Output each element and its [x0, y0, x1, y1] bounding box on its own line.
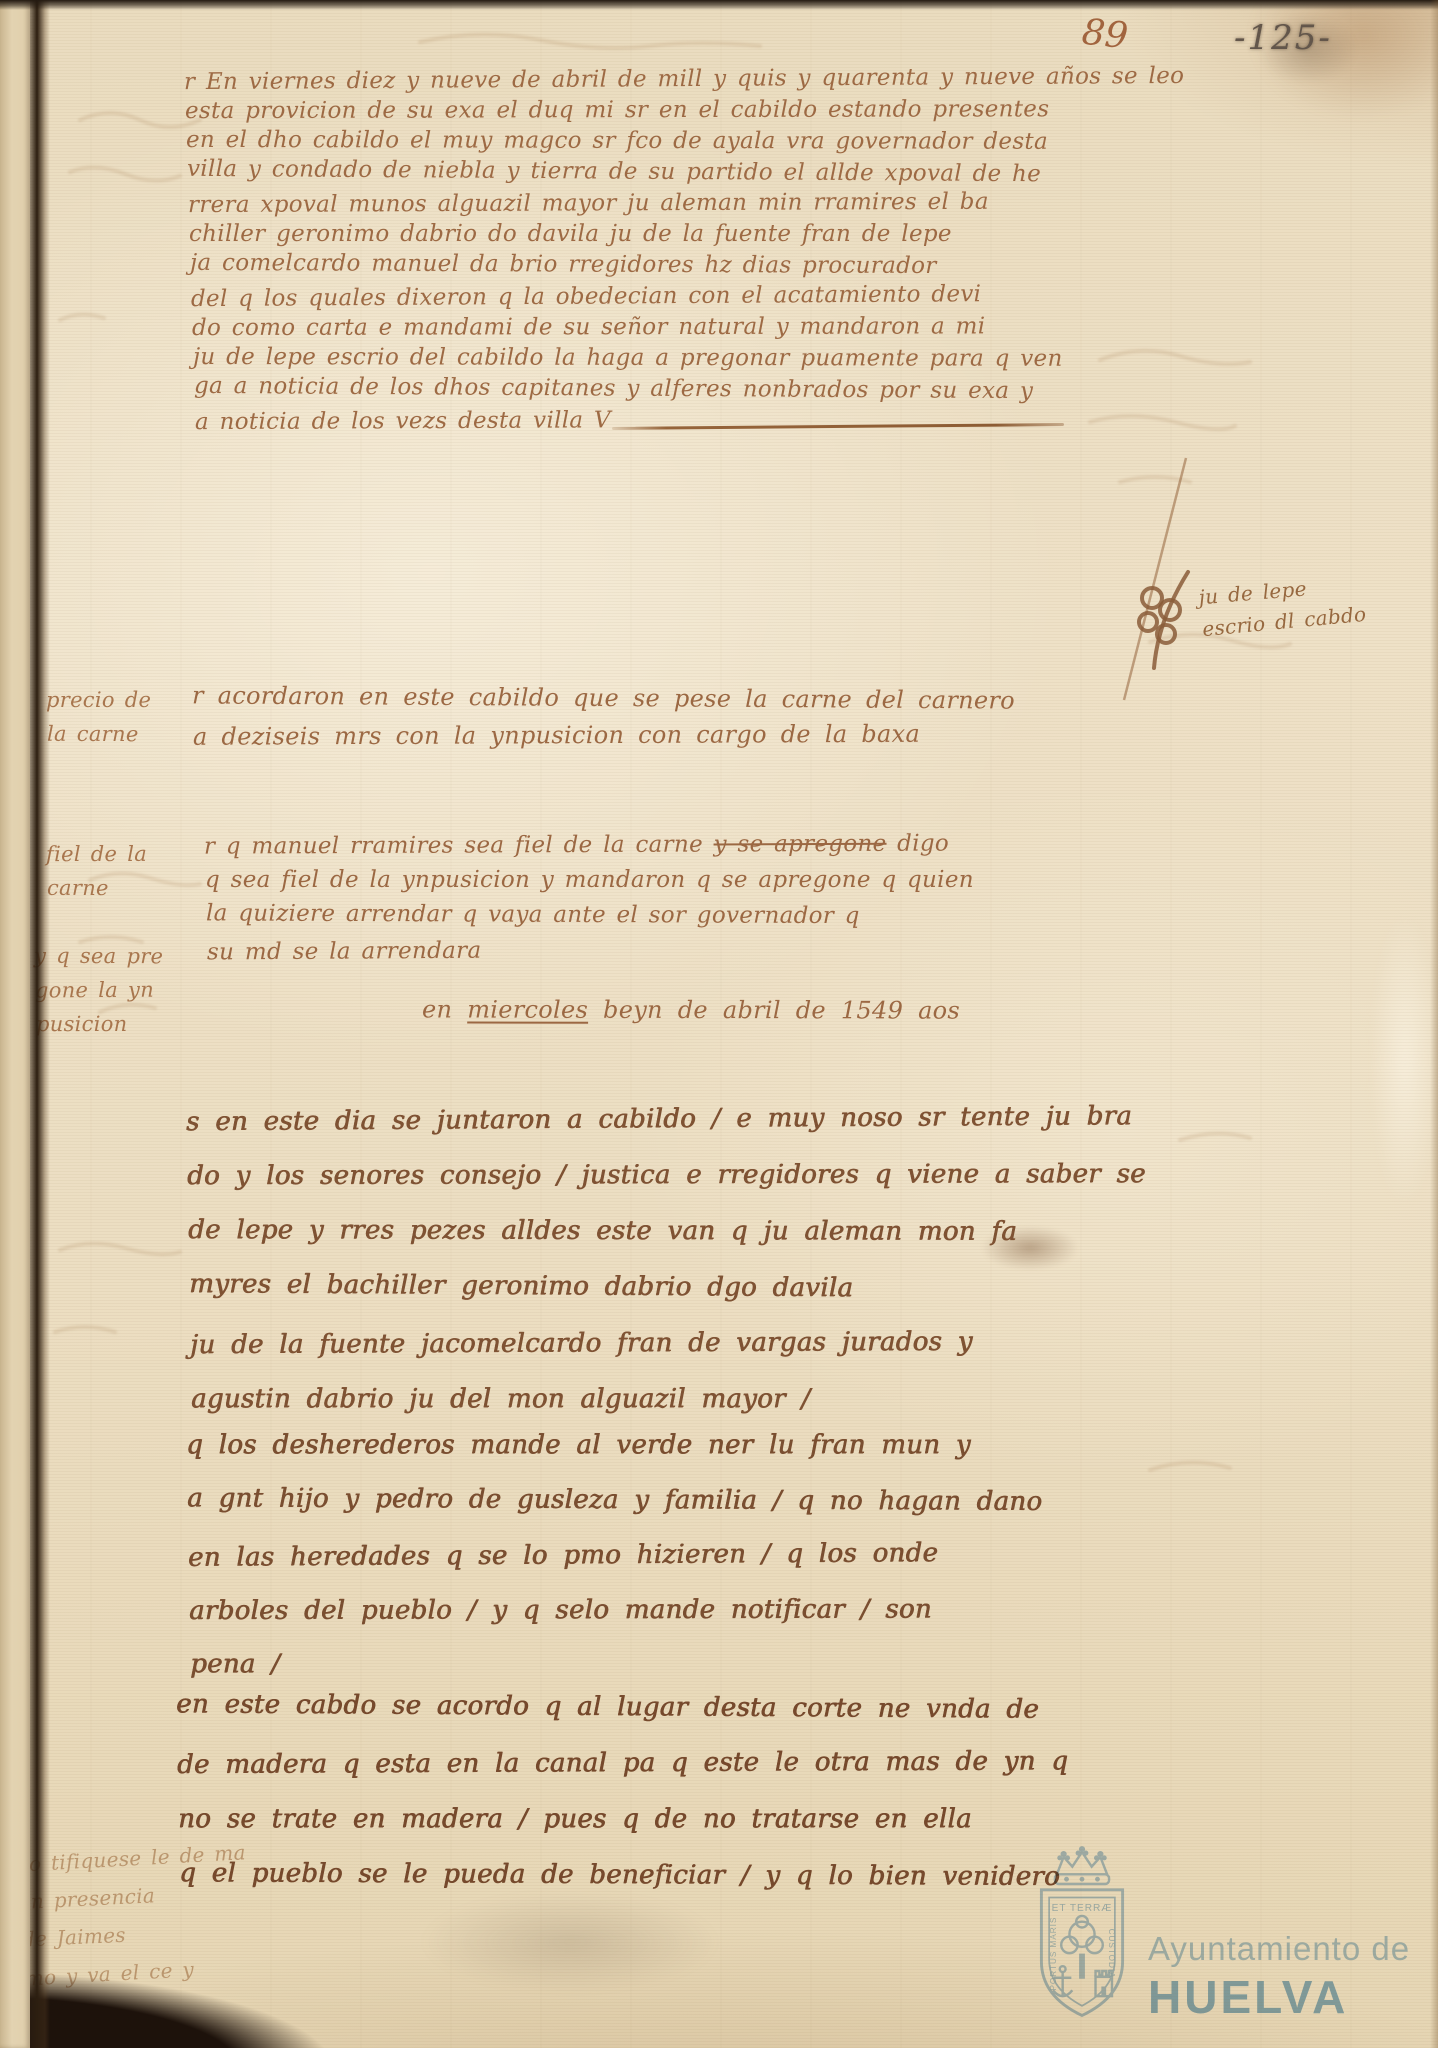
manuscript-text-segment: rrera xpoval munos alguazil mayor ju ale… — [188, 189, 989, 218]
manuscript-text-segment: agustin dabrio ju del mon alguazil mayor… — [191, 1384, 810, 1414]
manuscript-line: en miercoles beyn de abril de 1549 aos — [422, 995, 960, 1032]
acuerdo-heredades: q los desherederos mande al verde ner lu… — [192, 1430, 1047, 1705]
manuscript-line: la carne — [47, 722, 152, 756]
fecha-miercoles-20-abril-1549: en miercoles beyn de abril de 1549 aos — [428, 996, 966, 1032]
scan-background-corner — [0, 1928, 500, 2048]
manuscript-line: de madera q esta en la canal pa q este l… — [177, 1746, 1068, 1806]
torn-edge-highlight — [1372, 920, 1438, 1200]
manuscript-text-segment: chiller geronimo dabrio do davila ju de … — [189, 221, 952, 247]
folio-number-pencil: -125- — [1234, 18, 1332, 58]
manuscript-text-segment: villa y condado de niebla y tierra de su… — [187, 156, 1041, 187]
manuscript-text-segment: en las heredades q se lo pmo hizieren / … — [188, 1538, 938, 1573]
archive-scan: 89 -125- r En viernes diez y nueve de ab… — [0, 0, 1438, 2048]
manuscript-line: q los desherederos mande al verde ner lu… — [186, 1430, 1041, 1485]
manuscript-text-segment: de lepe y rres pezes alldes este van q j… — [188, 1215, 1017, 1247]
manuscript-line: r acordaron en este cabildo que se pese … — [192, 681, 1015, 723]
manuscript-text-segment: beyn de abril de 1549 aos — [588, 996, 960, 1025]
watermark-city: HUELVA — [1148, 1970, 1410, 2024]
acuerdo-fiel-carne: r q manuel rramires sea fiel de la carne… — [210, 832, 979, 972]
manuscript-line: su md se la arrendara — [207, 935, 976, 975]
manuscript-line: ju de lepe escrio del cabildo la haga a … — [193, 344, 1193, 377]
manuscript-text-segment: q el pueblo se le pueda de beneficiar / … — [179, 1858, 1060, 1892]
manuscript-text-segment: do como carta e mandami de su señor natu… — [192, 313, 986, 341]
binding-gutter-shadow — [30, 0, 50, 2048]
manuscript-text-segment: en este cabdo se acordo q al lugar desta… — [176, 1689, 1039, 1724]
manuscript-text-segment: de madera q esta en la canal pa q este l… — [177, 1746, 1068, 1780]
manuscript-line: myres el bachiller geronimo dabrio dgo d… — [189, 1269, 1148, 1331]
manuscript-text-segment: a gnt hijo y pedro de gusleza y familia … — [187, 1483, 1042, 1517]
manuscript-folio: 89 -125- r En viernes diez y nueve de ab… — [0, 0, 1438, 2048]
scan-edge-right — [1430, 0, 1438, 2048]
huelva-coat-of-arms-icon: ET TERRÆ PORTUS MARIS CUSTODIA — [1024, 1844, 1140, 2040]
folio-number-ink: 89 — [1080, 12, 1130, 58]
manuscript-text-segment: r En viernes diez y nueve de abril de mi… — [184, 63, 1184, 95]
manuscript-text-segment: y q sea pre — [34, 944, 163, 969]
manuscript-line: chiller geronimo dabrio do davila ju de … — [189, 221, 1189, 252]
manuscript-text-segment: fiel de la — [46, 842, 147, 866]
manuscript-text-segment: r acordaron en este cabildo que se pese … — [192, 681, 1015, 714]
manuscript-text-segment: ju de lepe — [1198, 576, 1308, 609]
manuscript-text-segment: del q los quales dixeron q la obedecian … — [191, 281, 981, 312]
manuscript-text-segment: ju de lepe escrio del cabildo la haga a … — [193, 344, 1063, 372]
manuscript-line: rrera xpoval munos alguazil mayor ju ale… — [188, 188, 1188, 223]
manuscript-text-segment: q los desherederos mande al verde ner lu… — [186, 1430, 971, 1460]
manuscript-line: no se trate en madera / pues q de no tra… — [178, 1804, 1069, 1860]
manuscript-text-segment: la quiziere arrendar q vaya ante el sor … — [206, 900, 860, 929]
manuscript-line: carne — [47, 876, 148, 910]
manuscript-line: la quiziere arrendar q vaya ante el sor … — [206, 900, 975, 938]
manuscript-line: r En viernes diez y nueve de abril de mi… — [184, 63, 1184, 100]
manuscript-line: a deziseis mrs con la ynpusicion con car… — [193, 719, 1016, 759]
shield-motto-right: CUSTODIA — [1107, 1929, 1116, 1979]
acta-miercoles-asistentes: s en este dia se juntaron a cabildo / e … — [192, 1104, 1151, 1440]
acuerdo-precio-carne: r acordaron en este cabildo que se pese … — [198, 684, 1021, 758]
manuscript-line: do como carta e mandami de su señor natu… — [192, 313, 1192, 346]
struck-text: y se apregone — [714, 831, 887, 858]
manuscript-line: en este cabdo se acordo q al lugar desta… — [176, 1689, 1067, 1751]
manuscript-text-segment: gone la yn — [35, 978, 154, 1003]
pen-stroke — [1090, 450, 1230, 710]
manuscript-text-segment: miercoles — [467, 996, 588, 1024]
manuscript-line: y q sea pre — [34, 944, 163, 979]
manuscript-text-segment: a deziseis mrs con la ynpusicion con car… — [193, 720, 920, 751]
manuscript-text-segment: su md se la arrendara — [207, 938, 482, 966]
manuscript-line: villa y condado de niebla y tierra de su… — [187, 156, 1187, 193]
manuscript-line: ju de la fuente jacomelcardo fran de var… — [190, 1326, 1149, 1386]
manuscript-text-segment: ja comelcardo manuel da brio rregidores … — [190, 250, 937, 279]
manuscript-line: del q los quales dixeron q la obedecian … — [191, 280, 1191, 317]
manuscript-text-segment: q sea fiel de la ynpusicion y mandaron q… — [205, 867, 974, 893]
manuscript-text-segment: arboles del pueblo / y q selo mande noti… — [189, 1594, 932, 1626]
manuscript-text-segment: en — [422, 995, 467, 1023]
scan-edge-top — [0, 0, 1438, 10]
manuscript-text-segment: digo — [886, 831, 949, 857]
acuerdo-madera-canal: en este cabdo se acordo q al lugar desta… — [182, 1692, 1073, 1916]
shield-motto-left: PORTUS MARIS — [1049, 1917, 1058, 1991]
manuscript-line: q sea fiel de la ynpusicion y mandaron q… — [205, 867, 974, 902]
manuscript-line: s en este dia se juntaron a cabildo / e … — [186, 1101, 1145, 1163]
manuscript-line: a gnt hijo y pedro de gusleza y familia … — [187, 1483, 1042, 1542]
manuscript-text-segment: s en este dia se juntaron a cabildo / e … — [186, 1101, 1132, 1137]
manuscript-line: q el pueblo se le pueda de beneficiar / … — [179, 1858, 1070, 1918]
manuscript-text-segment: ju de la fuente jacomelcardo fran de var… — [190, 1327, 973, 1360]
manuscript-text-segment: myres el bachiller geronimo dabrio dgo d… — [189, 1269, 853, 1303]
scribe-signature-juan-de-lepe: ju de lepeescrio dl cabdo — [1204, 571, 1373, 647]
manuscript-text-segment: esta provicion de su exa el duq mi sr en… — [185, 96, 1049, 124]
manuscript-line: fiel de la — [46, 842, 147, 876]
watermark-institution: Ayuntamiento de — [1148, 1930, 1410, 1968]
manuscript-line: arboles del pueblo / y q selo mande noti… — [189, 1594, 1044, 1651]
margin-note-pregon-ynpusicion: y q sea pregone la ynpusicion — [40, 944, 169, 1046]
manuscript-text-segment: en el dho cabildo el muy magco sr fco de… — [186, 127, 1048, 155]
manuscript-line: en las heredades q se lo pmo hizieren / … — [188, 1537, 1043, 1597]
acta-viernes-19-abril-1549: r En viernes diez y nueve de abril de mi… — [190, 66, 1190, 438]
manuscript-text-segment: pena / — [190, 1649, 280, 1679]
manuscript-text-segment: do y los senores consejo / justica e rre… — [187, 1159, 1146, 1191]
manuscript-text-segment: carne — [47, 876, 109, 900]
manuscript-text-segment: la carne — [47, 722, 139, 746]
shield-motto-top: ET TERRÆ — [1052, 1903, 1113, 1914]
manuscript-line: precio de — [46, 688, 151, 722]
manuscript-line: pusicion — [36, 1012, 165, 1046]
manuscript-line: en el dho cabildo el muy magco sr fco de… — [186, 127, 1186, 160]
manuscript-text-segment: no se trate en madera / pues q de no tra… — [178, 1804, 972, 1834]
manuscript-line: de lepe y rres pezes alldes este van q j… — [188, 1215, 1147, 1273]
previous-page-edge — [0, 0, 30, 2048]
manuscript-line: do y los senores consejo / justica e rre… — [187, 1159, 1146, 1217]
manuscript-text-segment: ga a noticia de los dhos capitanes y alf… — [194, 373, 1033, 404]
manuscript-text-segment: precio de — [46, 688, 151, 712]
manuscript-line: r q manuel rramires sea fiel de la carne… — [204, 830, 973, 868]
manuscript-text-segment: r q manuel rramires sea fiel de la carne — [204, 832, 714, 860]
margin-note-fiel-de-la-carne: fiel de lacarne — [52, 842, 153, 910]
huelva-watermark: ET TERRÆ PORTUS MARIS CUSTODIA Ayuntamie… — [1018, 1842, 1438, 2048]
manuscript-text-segment: a noticia de los vezs desta villa V — [195, 407, 611, 435]
manuscript-line: esta provicion de su exa el duq mi sr en… — [185, 96, 1185, 129]
margin-note-precio-de-la-carne: precio dela carne — [52, 688, 157, 756]
manuscript-line: gone la yn — [35, 978, 164, 1013]
